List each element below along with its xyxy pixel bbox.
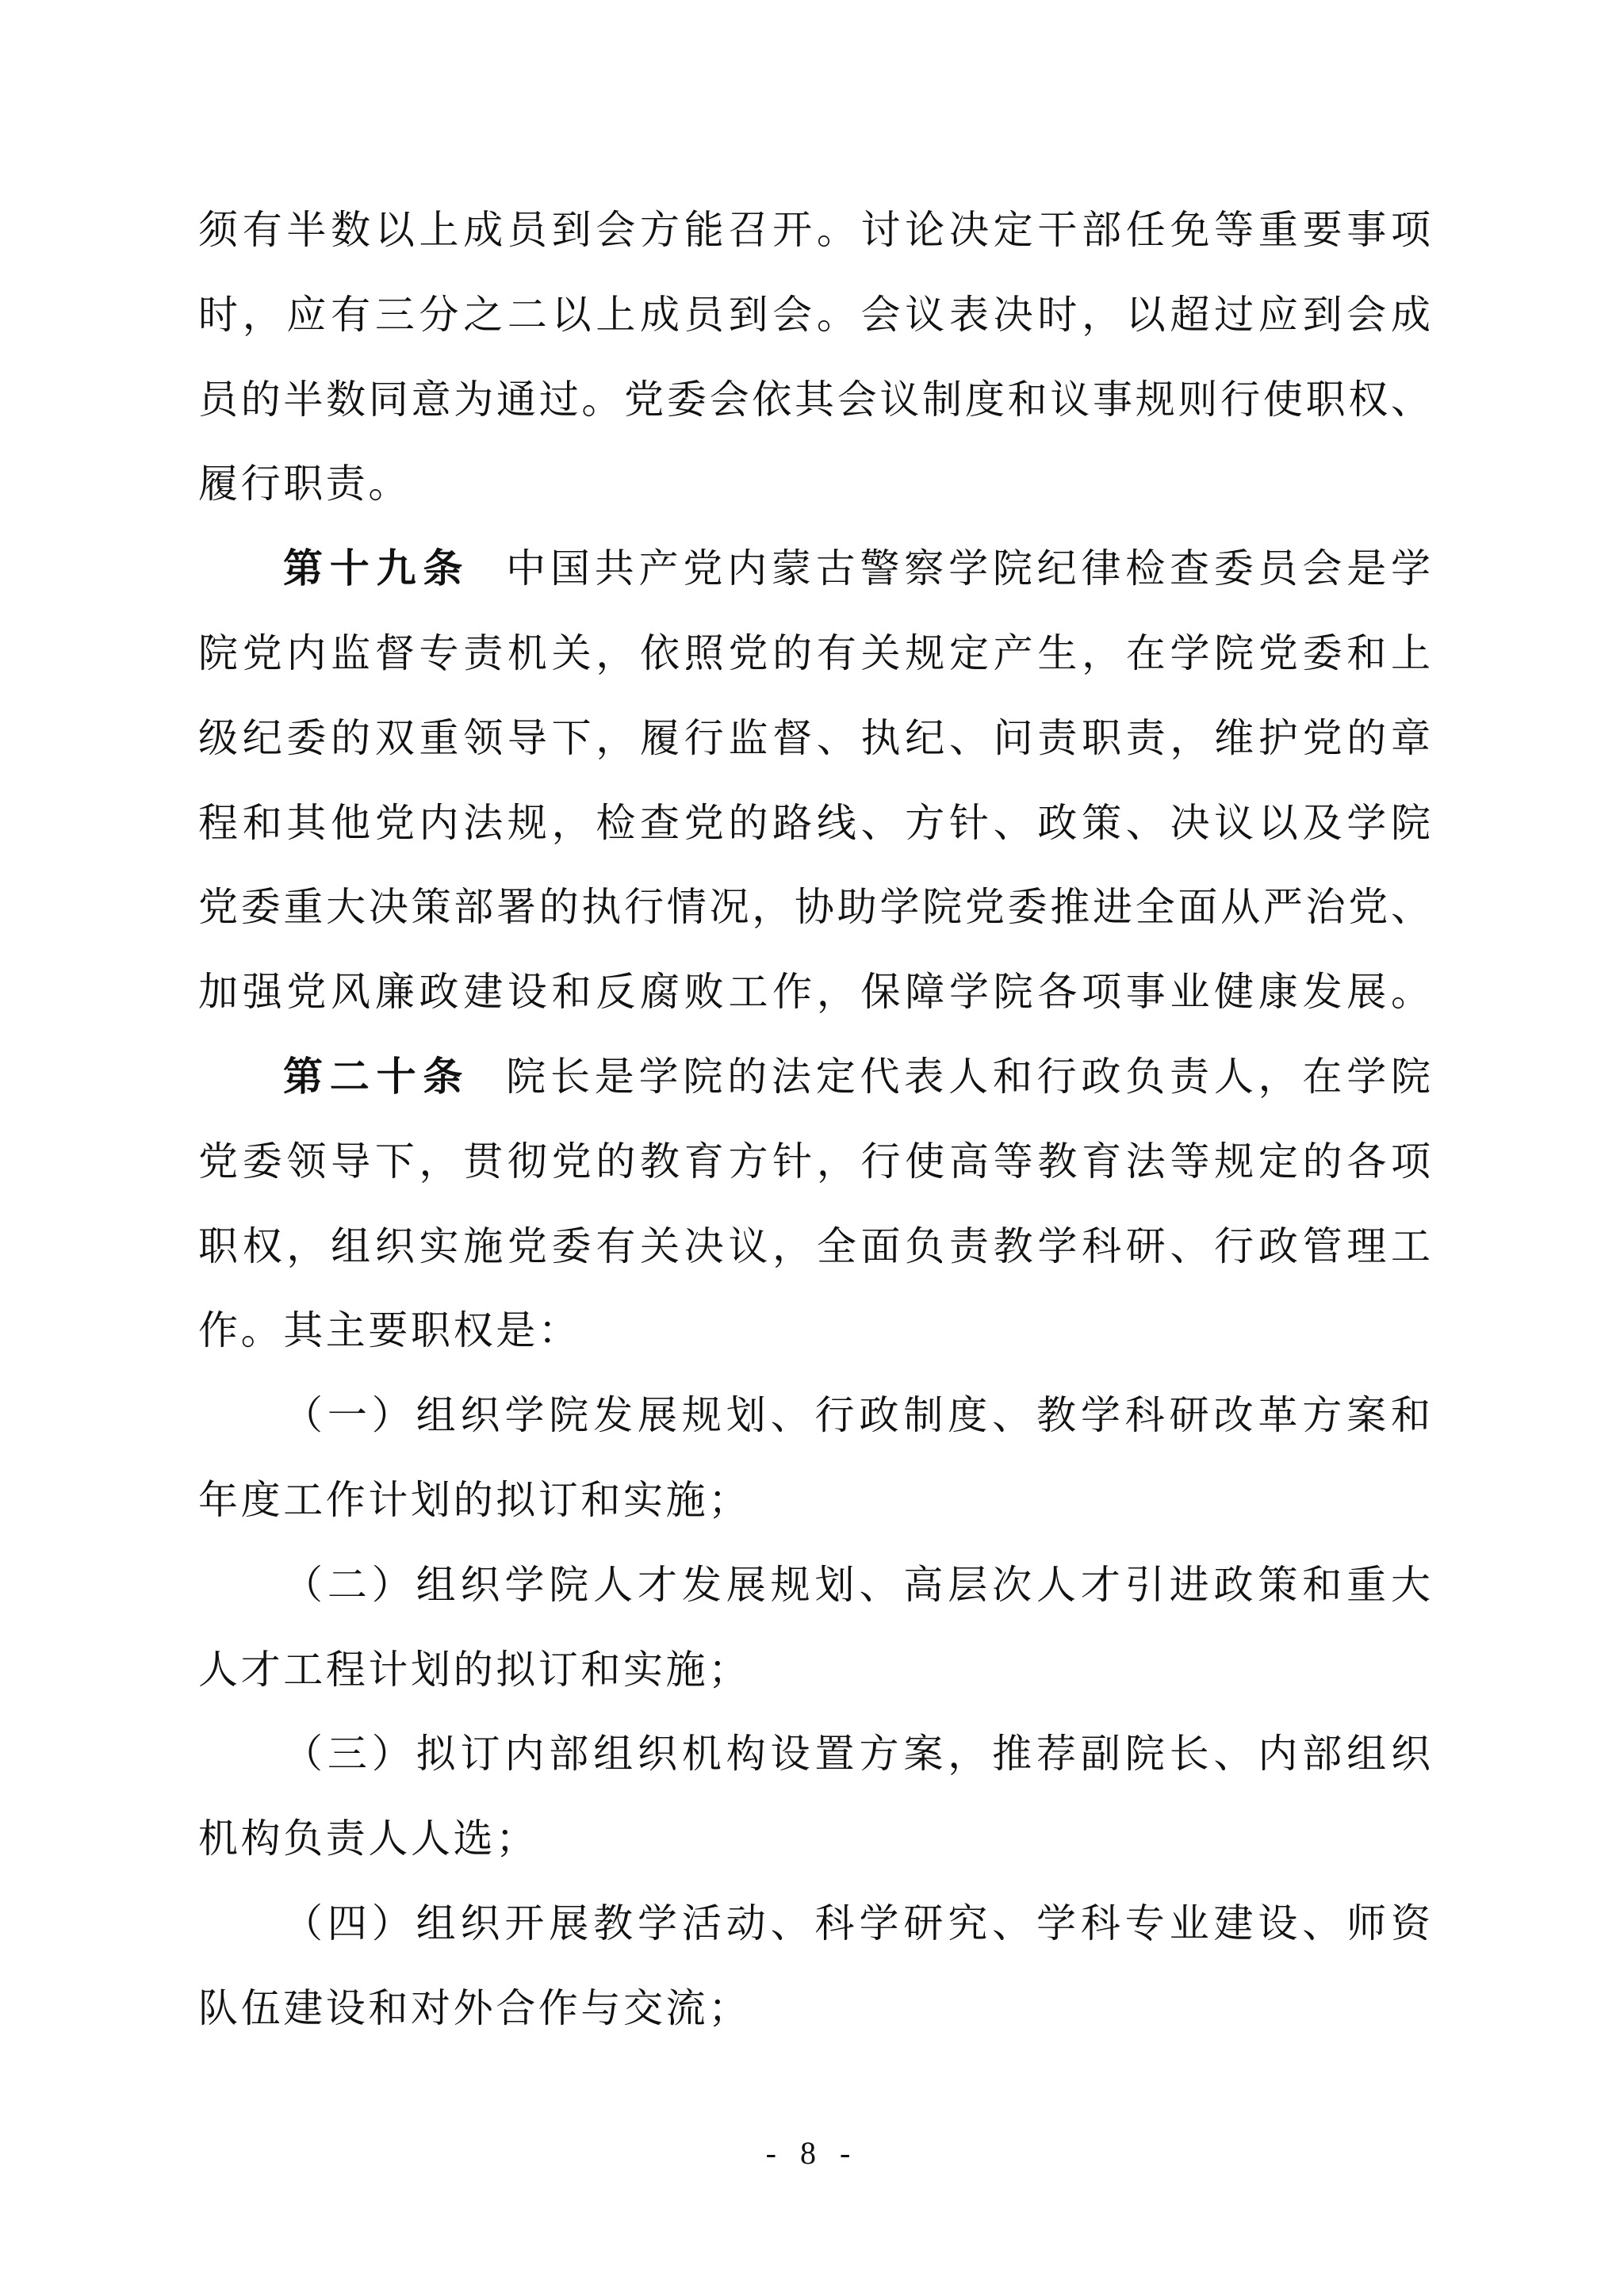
text-line: 作。其主要职权是：	[198, 1300, 1431, 1385]
list-item-1: （一）组织学院发展规划、行政制度、教学科研改革方案和	[198, 1385, 1431, 1470]
page-number: - 8 -	[0, 2134, 1624, 2172]
text-run: 中国共产党内蒙古警察学院纪律检查委员会是学	[506, 545, 1431, 591]
text-line: 队伍建设和对外合作与交流；	[198, 1978, 1431, 2063]
text-line: 程和其他党内法规，检查党的路线、方针、政策、决议以及学院	[198, 793, 1431, 878]
text-line: 须有半数以上成员到会方能召开。讨论决定干部任免等重要事项	[198, 200, 1431, 285]
text-run: 院长是学院的法定代表人和行政负责人，在学院	[506, 1054, 1431, 1100]
text-line: 机构负责人人选；	[198, 1808, 1431, 1893]
list-item-3: （三）拟订内部组织机构设置方案，推荐副院长、内部组织	[198, 1724, 1431, 1808]
text-line: 党委重大决策部署的执行情况，协助学院党委推进全面从严治党、	[198, 877, 1431, 962]
text-line: 人才工程计划的拟订和实施；	[198, 1640, 1431, 1724]
text-line: 年度工作计划的拟订和实施；	[198, 1470, 1431, 1555]
document-page: 须有半数以上成员到会方能召开。讨论决定干部任免等重要事项 时，应有三分之二以上成…	[0, 0, 1624, 2296]
list-item-2: （二）组织学院人才发展规划、高层次人才引进政策和重大	[198, 1555, 1431, 1640]
article-20-first-line: 第二十条院长是学院的法定代表人和行政负责人，在学院	[198, 1047, 1431, 1131]
text-line: 党委领导下，贯彻党的教育方针，行使高等教育法等规定的各项	[198, 1131, 1431, 1216]
list-item-4: （四）组织开展教学活动、科学研究、学科专业建设、师资	[198, 1893, 1431, 1978]
text-line: 时，应有三分之二以上成员到会。会议表决时，以超过应到会成	[198, 285, 1431, 369]
text-line: 院党内监督专责机关，依照党的有关规定产生，在学院党委和上	[198, 623, 1431, 708]
article-heading: 第十九条	[283, 545, 469, 591]
article-heading: 第二十条	[283, 1054, 469, 1100]
text-line: 履行职责。	[198, 453, 1431, 538]
text-line: 级纪委的双重领导下，履行监督、执纪、问责职责，维护党的章	[198, 708, 1431, 793]
article-19-first-line: 第十九条中国共产党内蒙古警察学院纪律检查委员会是学	[198, 538, 1431, 623]
body-text: 须有半数以上成员到会方能召开。讨论决定干部任免等重要事项 时，应有三分之二以上成…	[198, 200, 1431, 2063]
text-line: 加强党风廉政建设和反腐败工作，保障学院各项事业健康发展。	[198, 962, 1431, 1047]
text-line: 职权，组织实施党委有关决议，全面负责教学科研、行政管理工	[198, 1216, 1431, 1301]
text-line: 员的半数同意为通过。党委会依其会议制度和议事规则行使职权、	[198, 369, 1431, 454]
